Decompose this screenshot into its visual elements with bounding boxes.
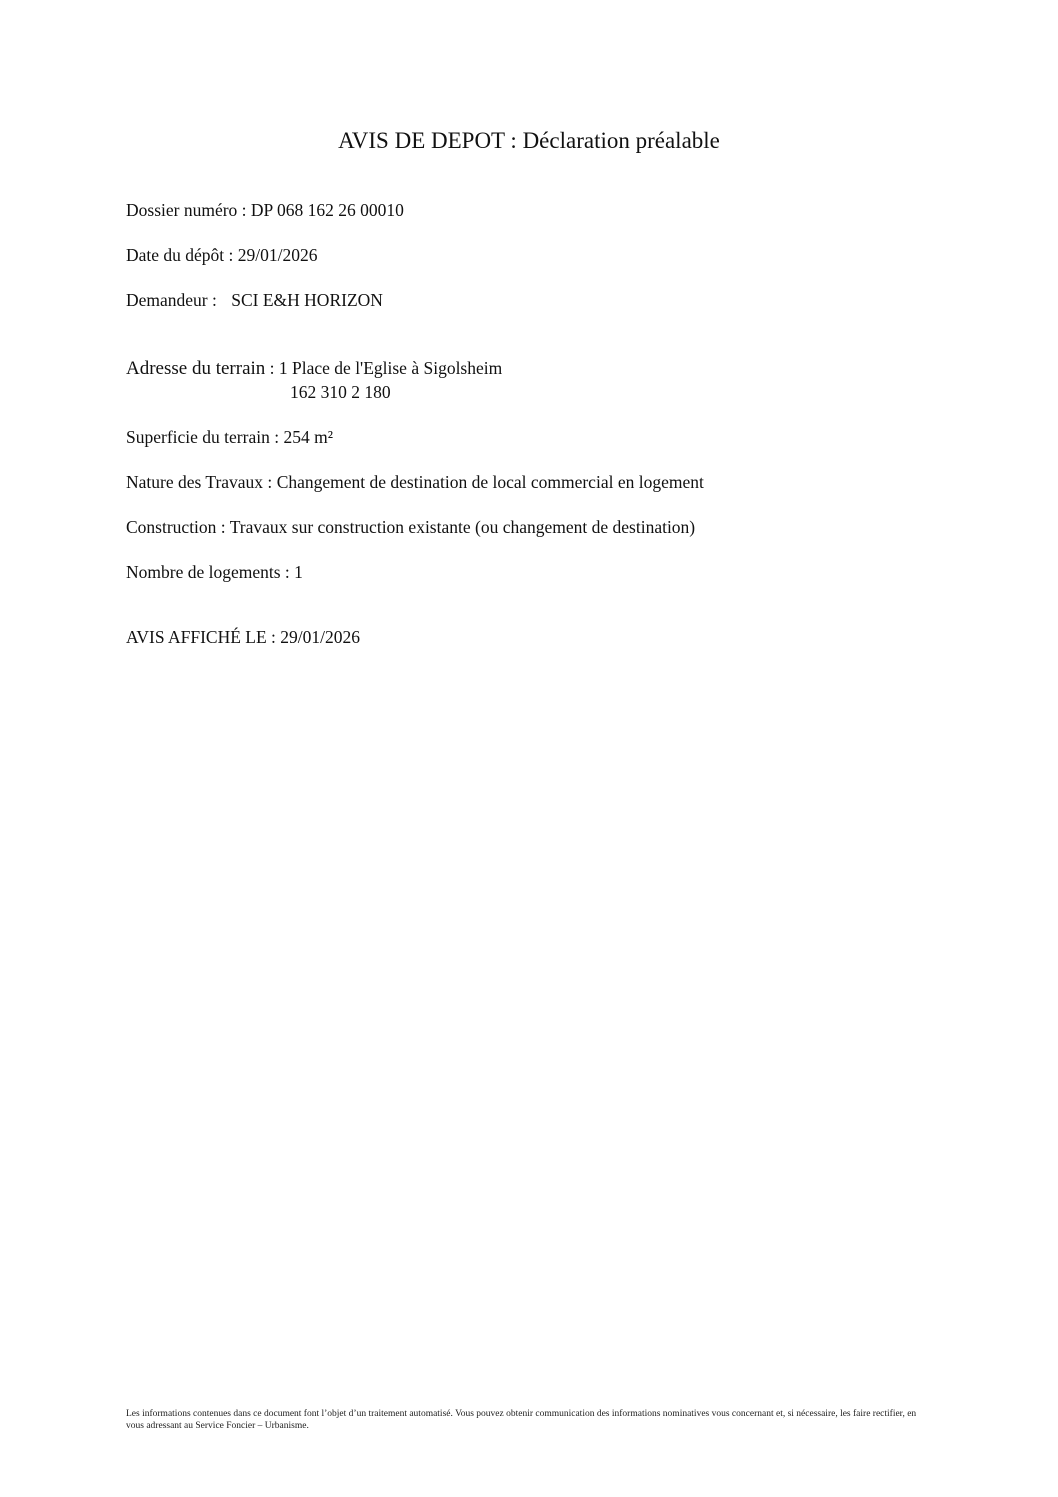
works-nature-label: Nature des Travaux : [126, 472, 277, 492]
land-parcel-reference: 162 310 2 180 [290, 381, 391, 403]
land-address-label: Adresse du terrain [126, 358, 265, 379]
posted-date-label: AVIS AFFICHÉ LE : [126, 627, 280, 647]
land-address-separator: : [265, 358, 279, 378]
posted-date-value: 29/01/2026 [280, 627, 360, 647]
applicant-label: Demandeur : [126, 290, 221, 310]
housing-count-value: 1 [294, 562, 303, 582]
construction-value: Travaux sur construction existante (ou c… [230, 517, 695, 537]
document-title: AVIS DE DEPOT : Déclaration préalable [0, 126, 1058, 156]
applicant-row: Demandeur : SCI E&H HORIZON [126, 289, 383, 311]
construction-label: Construction : [126, 517, 230, 537]
land-address-value: 1 Place de l'Eglise à Sigolsheim [279, 358, 502, 378]
housing-count-row: Nombre de logements : 1 [126, 561, 303, 583]
housing-count-label: Nombre de logements : [126, 562, 294, 582]
applicant-value: SCI E&H HORIZON [231, 290, 383, 310]
filing-date-label: Date du dépôt : [126, 245, 238, 265]
land-area-value: 254 m² [283, 427, 332, 447]
land-area-row: Superficie du terrain : 254 m² [126, 426, 333, 448]
privacy-notice: Les informations contenues dans ce docum… [126, 1408, 932, 1432]
land-address-row: Adresse du terrain : 1 Place de l'Eglise… [126, 357, 502, 380]
works-nature-row: Nature des Travaux : Changement de desti… [126, 471, 704, 493]
dossier-number-value: DP 068 162 26 00010 [251, 200, 404, 220]
filing-date-row: Date du dépôt : 29/01/2026 [126, 244, 318, 266]
land-area-label: Superficie du terrain : [126, 427, 283, 447]
dossier-number-row: Dossier numéro : DP 068 162 26 00010 [126, 199, 404, 221]
works-nature-value: Changement de destination de local comme… [277, 472, 704, 492]
dossier-number-label: Dossier numéro : [126, 200, 251, 220]
construction-row: Construction : Travaux sur construction … [126, 516, 695, 538]
filing-date-value: 29/01/2026 [238, 245, 318, 265]
posted-date-row: AVIS AFFICHÉ LE : 29/01/2026 [126, 626, 360, 648]
